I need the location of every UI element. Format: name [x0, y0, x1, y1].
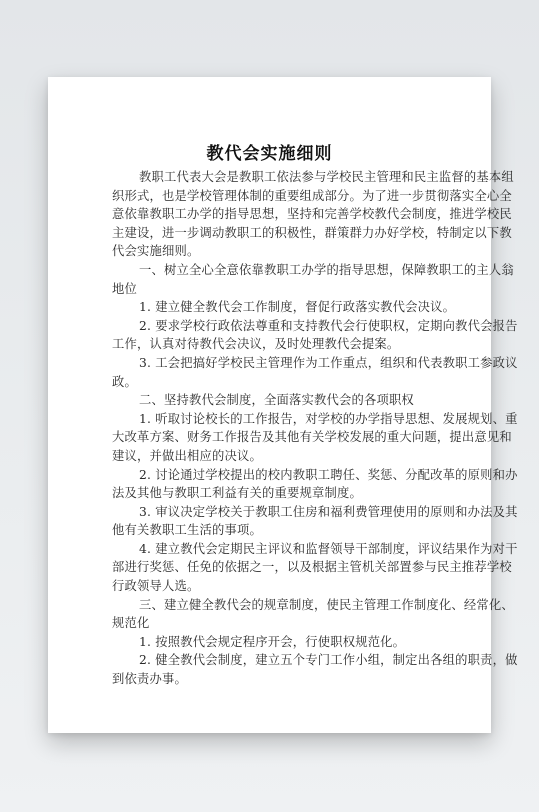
section-heading-2: 二、坚持教代会制度，全面落实教代会的各项职权 [112, 391, 462, 410]
list-item: 3. 审议决定学校关于教职工住房和福利费管理使用的原则和办法及其 [112, 503, 462, 522]
list-item: 4. 建立教代会定期民主评议和监督领导干部制度，评议结果作为对干 [112, 540, 462, 559]
document-title: 教代会实施细则 [48, 143, 491, 165]
text-line: 行政领导人选。 [112, 577, 462, 596]
list-item: 2. 讨论通过学校提出的校内教职工聘任、奖惩、分配改革的原则和办 [112, 466, 462, 485]
text-line: 代会实施细则。 [112, 242, 462, 261]
section-heading-1: 一、树立全心全意依靠教职工办学的指导思想，保障教职工的主人翁 [112, 261, 462, 280]
list-item: 1. 听取讨论校长的工作报告，对学校的办学指导思想、发展规划、重 [112, 410, 462, 429]
text-line: 到依责办事。 [112, 670, 462, 689]
list-item: 3. 工会把搞好学校民主管理作为工作重点，组织和代表教职工参政议 [112, 354, 462, 373]
text-line: 教职工代表大会是教职工依法参与学校民主管理和民主监督的基本组 [112, 168, 462, 187]
text-line: 政。 [112, 373, 462, 392]
text-line: 建议，并做出相应的决议。 [112, 447, 462, 466]
section-heading-3: 三、建立健全教代会的规章制度，使民主管理工作制度化、经常化、 [112, 596, 462, 615]
text-line: 法及其他与教职工利益有关的重要规章制度。 [112, 484, 462, 503]
text-line: 工作，认真对待教代会决议，及时处理教代会提案。 [112, 335, 462, 354]
document-page: 教代会实施细则 教职工代表大会是教职工依法参与学校民主管理和民主监督的基本组 织… [48, 77, 491, 733]
list-item: 2. 健全教代会制度，建立五个专门工作小组，制定出各组的职责，做 [112, 651, 462, 670]
text-line: 主建设，进一步调动教职工的积极性，群策群力办好学校，特制定以下教 [112, 224, 462, 243]
text-line: 织形式，也是学校管理体制的重要组成部分。为了进一步贯彻落实全心全 [112, 187, 462, 206]
text-line: 地位 [112, 280, 462, 299]
text-line: 规范化 [112, 614, 462, 633]
list-item: 1. 按照教代会规定程序开会，行使职权规范化。 [112, 633, 462, 652]
text-line: 部进行奖惩、任免的依据之一，以及根据主管机关部置参与民主推荐学校 [112, 558, 462, 577]
document-body: 教职工代表大会是教职工依法参与学校民主管理和民主监督的基本组 织形式，也是学校管… [112, 168, 462, 689]
list-item: 2. 要求学校行政依法尊重和支持教代会行使职权，定期向教代会报告 [112, 317, 462, 336]
text-line: 他有关教职工生活的事项。 [112, 521, 462, 540]
text-line: 大改革方案、财务工作报告及其他有关学校发展的重大问题，提出意见和 [112, 428, 462, 447]
list-item: 1. 建立健全教代会工作制度，督促行政落实教代会决议。 [112, 298, 462, 317]
text-line: 意依靠教职工办学的指导思想，坚持和完善学校教代会制度，推进学校民 [112, 205, 462, 224]
